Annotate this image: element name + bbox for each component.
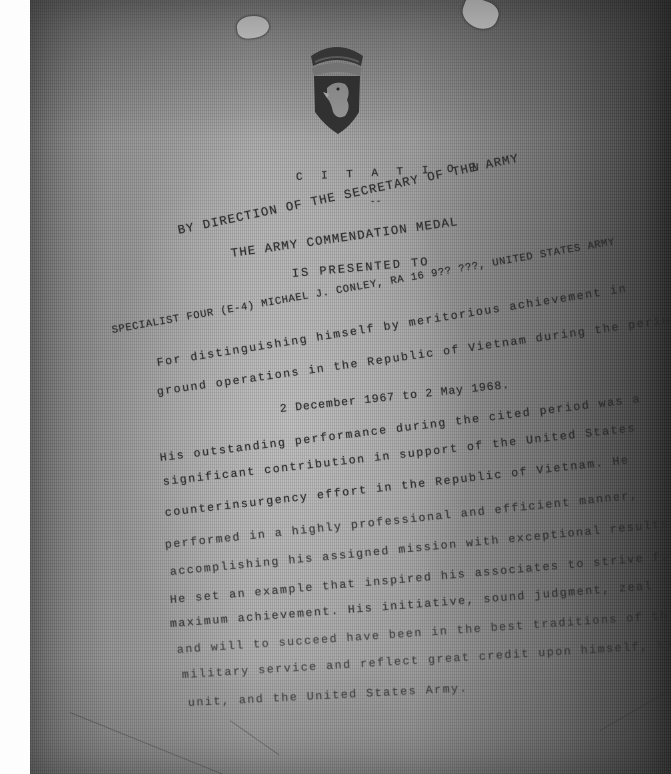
paper-crease xyxy=(230,720,280,755)
title-rule: -- xyxy=(370,196,382,207)
award-name: THE ARMY COMMENDATION MEDAL xyxy=(230,215,459,261)
authority-line: BY DIRECTION OF THE SECRETARY OF THE ARM… xyxy=(177,152,521,238)
torn-hole-right xyxy=(458,0,501,33)
recipient-line: SPECIALIST FOUR (E-4) MICHAEL J. CONLEY,… xyxy=(111,236,616,336)
paper-crease xyxy=(70,712,237,774)
paper-crease xyxy=(600,685,671,731)
screaming-eagle-insignia-icon xyxy=(305,42,369,136)
scanned-document: C I T A T I O N -- BY DIRECTION OF THE S… xyxy=(0,0,671,774)
citation-page: C I T A T I O N -- BY DIRECTION OF THE S… xyxy=(30,0,671,774)
torn-hole-left xyxy=(236,14,271,40)
body-line-10: unit, and the United States Army. xyxy=(188,682,469,710)
service-period: 2 December 1967 to 2 May 1968. xyxy=(279,379,510,416)
